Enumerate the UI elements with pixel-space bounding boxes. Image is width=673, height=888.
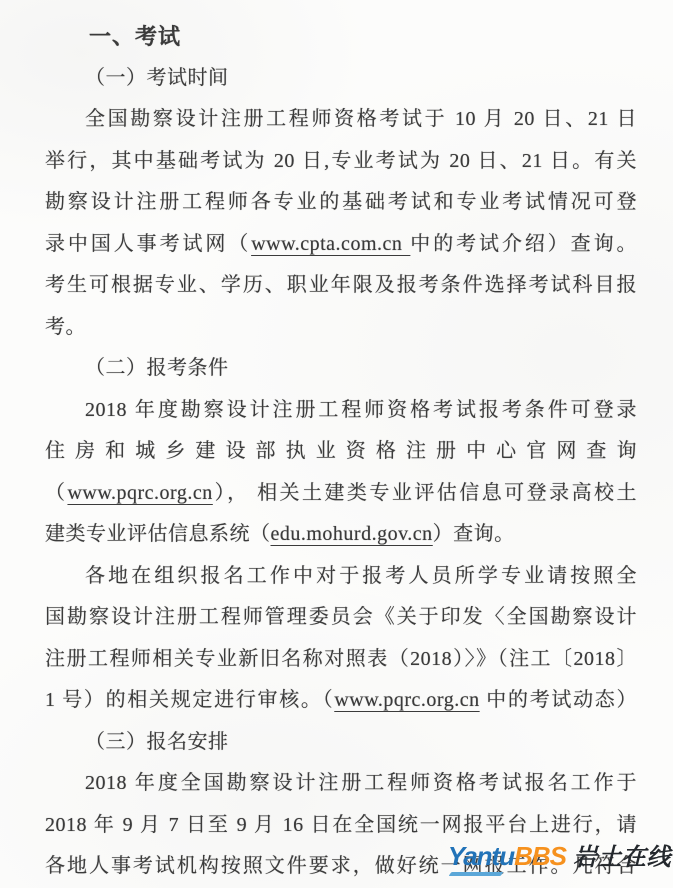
text-segment: （一）考试时间	[85, 67, 229, 89]
url-text: www.pqrc.org.cn	[67, 482, 212, 504]
text-segment: 1 号）的相关规定进行审核。（	[45, 689, 334, 711]
text-segment: ）， 相关土建类专业评估信息可登录高校土	[213, 482, 637, 504]
watermark-chinese-text: 岩土在线	[573, 837, 671, 872]
text-segment: 国勘察设计注册工程师管理委员会《关于印发〈全国勘察设计	[45, 606, 637, 628]
watermark-swoosh-decoration	[448, 872, 503, 876]
scanned-document-page: 一、考试（一）考试时间全国勘察设计注册工程师资格考试于 10 月 20 日、21…	[0, 0, 673, 888]
text-line: （二）报考条件	[45, 348, 637, 390]
watermark-bbs-text: BBS	[514, 841, 566, 872]
text-line: 2018 年度勘察设计注册工程师资格考试报考条件可登录	[45, 390, 637, 432]
text-segment: 录中国人事考试网（	[45, 233, 251, 255]
watermark-logo: Yantu BBS 岩土在线	[448, 837, 671, 872]
text-segment: （	[45, 482, 67, 504]
url-text: edu.mohurd.gov.cn	[271, 523, 433, 545]
text-line: （一）考试时间	[45, 58, 637, 100]
text-segment: 全国勘察设计注册工程师资格考试于 10 月 20 日、21 日	[85, 108, 637, 130]
text-line: （www.pqrc.org.cn）， 相关土建类专业评估信息可登录高校土	[45, 473, 637, 515]
text-line: 录中国人事考试网（www.cpta.com.cn 中的考试介绍）查询。	[45, 224, 637, 266]
text-segment: 2018 年度勘察设计注册工程师资格考试报考条件可登录	[85, 399, 637, 421]
text-segment: 考生可根据专业、学历、职业年限及报考条件选择考试科目报	[45, 274, 637, 296]
text-segment: 2018 年度全国勘察设计注册工程师资格考试报名工作于	[85, 772, 637, 794]
text-line: 1 号）的相关规定进行审核。（www.pqrc.org.cn 中的考试动态）	[45, 680, 637, 722]
url-text: www.pqrc.org.cn	[334, 689, 479, 711]
text-segment: 勘察设计注册工程师各专业的基础考试和专业考试情况可登	[45, 191, 637, 213]
text-segment: 举行，其中基础考试为 20 日,专业考试为 20 日、21 日。有关	[45, 150, 637, 172]
text-segment: ）查询。	[433, 523, 515, 545]
text-line: 住房和城乡建设部执业资格注册中心官网查询	[45, 431, 637, 473]
text-line: 勘察设计注册工程师各专业的基础考试和专业考试情况可登	[45, 182, 637, 224]
text-line: 全国勘察设计注册工程师资格考试于 10 月 20 日、21 日	[45, 99, 637, 141]
text-segment: 考。	[45, 316, 86, 338]
text-line: 建类专业评估信息系统（edu.mohurd.gov.cn）查询。	[45, 514, 637, 556]
text-segment: 各地在组织报名工作中对于报考人员所学专业请按照全	[85, 565, 637, 587]
text-line: 考生可根据专业、学历、职业年限及报考条件选择考试科目报	[45, 265, 637, 307]
url-text: www.cpta.com.cn	[251, 233, 410, 255]
text-line: （三）报名安排	[45, 722, 637, 764]
watermark-yantu-text: Yantu	[448, 841, 514, 872]
section-heading: 一、考试	[45, 16, 637, 58]
text-segment: 中的考试介绍）查询。	[410, 233, 637, 255]
text-segment: 建类专业评估信息系统（	[45, 523, 271, 545]
text-line: 2018 年度全国勘察设计注册工程师资格考试报名工作于	[45, 763, 637, 805]
text-segment: 住房和城乡建设部执业资格注册中心官网查询	[45, 440, 637, 462]
document-body: 一、考试（一）考试时间全国勘察设计注册工程师资格考试于 10 月 20 日、21…	[45, 16, 637, 888]
text-line: 考。	[45, 307, 637, 349]
text-segment: （二）报考条件	[85, 357, 229, 379]
text-segment: 一、考试	[89, 24, 181, 49]
text-segment: 2018 年 9 月 7 日至 9 月 16 日在全国统一网报平台上进行，请	[45, 814, 637, 836]
text-segment: 注册工程师相关专业新旧名称对照表（2018）〉》（注工〔2018〕	[45, 648, 637, 670]
text-line: 举行，其中基础考试为 20 日,专业考试为 20 日、21 日。有关	[45, 141, 637, 183]
text-line: 各地在组织报名工作中对于报考人员所学专业请按照全	[45, 556, 637, 598]
text-segment: 中的考试动态）	[480, 689, 637, 711]
text-segment: （三）报名安排	[85, 731, 229, 753]
text-line: 注册工程师相关专业新旧名称对照表（2018）〉》（注工〔2018〕	[45, 639, 637, 681]
text-line: 国勘察设计注册工程师管理委员会《关于印发〈全国勘察设计	[45, 597, 637, 639]
